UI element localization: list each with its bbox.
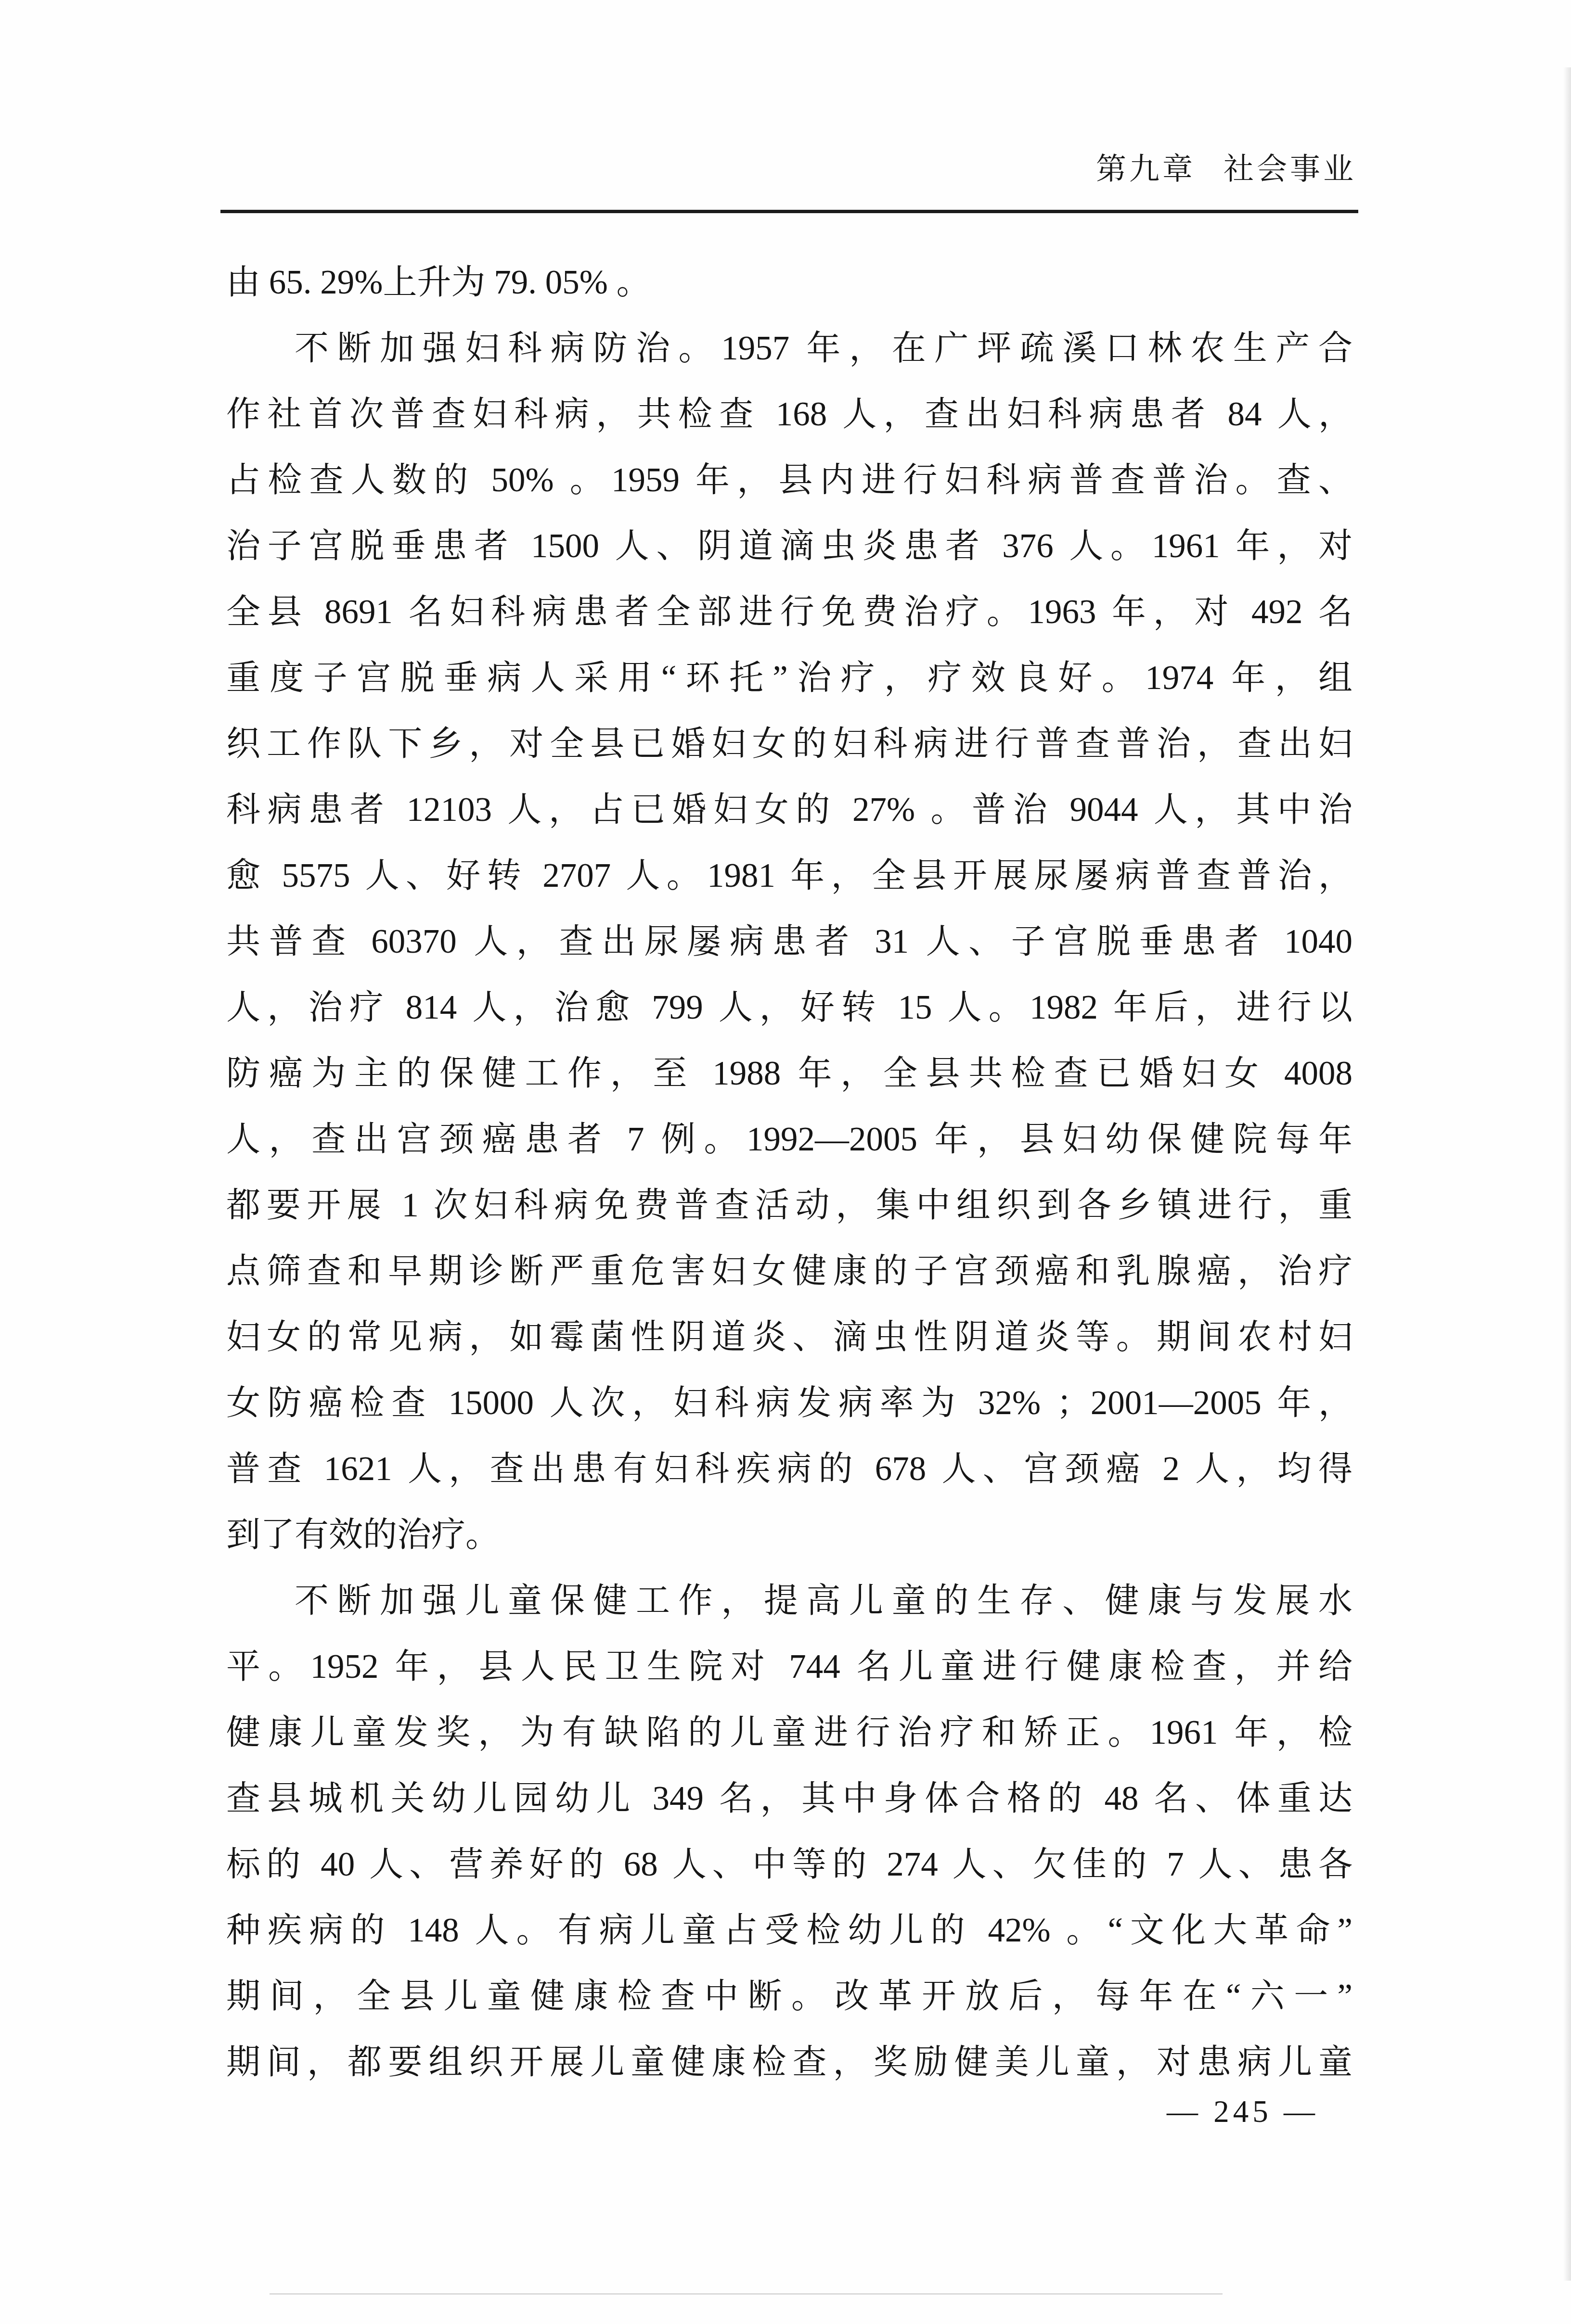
text-line: 种疾病的 148 人。有病儿童占受检幼儿的 42% 。“文化大革命” <box>226 1898 1352 1964</box>
text-line: 不断加强妇科病防治。1957 年，在广坪疏溪口林农生产合 <box>226 316 1352 382</box>
text-line: 织工作队下乡，对全县已婚妇女的妇科病进行普查普治，查出妇 <box>226 711 1352 777</box>
text-line: 平。1952 年，县人民卫生院对 744 名儿童进行健康检查，并给 <box>226 1634 1352 1700</box>
text-line: 女防癌检查 15000 人次，妇科病发病率为 32% ；2001—2005 年， <box>226 1370 1352 1436</box>
text-line: 重度子宫脱垂病人采用“环托”治疗，疗效良好。1974 年，组 <box>226 645 1352 711</box>
text-line: 作社首次普查妇科病，共检查 168 人，查出妇科病患者 84 人， <box>226 382 1352 447</box>
text-line: 妇女的常见病，如霉菌性阴道炎、滴虫性阴道炎等。期间农村妇 <box>226 1304 1352 1370</box>
body-text: 由 65. 29%上升为 79. 05% 。 不断加强妇科病防治。1957 年，… <box>226 250 1352 2095</box>
text-line: 期间，都要组织开展儿童健康检查，奖励健美儿童，对患病儿童 <box>226 2030 1352 2095</box>
scan-artifact-right-edge <box>1563 67 1571 2281</box>
text-line: 占检查人数的 50% 。1959 年，县内进行妇科病普查普治。查、 <box>226 447 1352 513</box>
text-line: 不断加强儿童保健工作，提高儿童的生存、健康与发展水 <box>226 1568 1352 1634</box>
text-line: 到了有效的治疗。 <box>226 1502 1352 1568</box>
text-line: 期间，全县儿童健康检查中断。改革开放后，每年在“六一” <box>226 1964 1352 2030</box>
text-line: 由 65. 29%上升为 79. 05% 。 <box>226 250 1352 316</box>
header-rule <box>220 210 1358 213</box>
chapter-title: 社会事业 <box>1223 152 1356 186</box>
chapter-number: 第九章 <box>1096 152 1196 186</box>
text-line: 人，查出宫颈癌患者 7 例。1992—2005 年，县妇幼保健院每年 <box>226 1107 1352 1173</box>
text-line: 全县 8691 名妇科病患者全部进行免费治疗。1963 年，对 492 名 <box>226 579 1352 645</box>
text-line: 防癌为主的保健工作，至 1988 年，全县共检查已婚妇女 4008 <box>226 1041 1352 1107</box>
text-line: 普查 1621 人，查出患有妇科疾病的 678 人、宫颈癌 2 人，均得 <box>226 1436 1352 1502</box>
text-line: 标的 40 人、营养好的 68 人、中等的 274 人、欠佳的 7 人、患各 <box>226 1832 1352 1898</box>
text-line: 科病患者 12103 人，占已婚妇女的 27% 。普治 9044 人，其中治 <box>226 777 1352 843</box>
text-line: 都要开展 1 次妇科病免费普查活动，集中组织到各乡镇进行，重 <box>226 1173 1352 1239</box>
text-line: 人，治疗 814 人，治愈 799 人，好转 15 人。1982 年后，进行以 <box>226 975 1352 1041</box>
running-header: 第九章社会事业 <box>221 150 1356 188</box>
text-line: 点筛查和早期诊断严重危害妇女健康的子宫颈癌和乳腺癌，治疗 <box>226 1239 1352 1304</box>
text-line: 查县城机关幼儿园幼儿 349 名，其中身体合格的 48 名、体重达 <box>226 1766 1352 1832</box>
text-line: 健康儿童发奖，为有缺陷的儿童进行治疗和矫正。1961 年，检 <box>226 1700 1352 1766</box>
book-page: 第九章社会事业 由 65. 29%上升为 79. 05% 。 不断加强妇科病防治… <box>0 0 1571 2324</box>
page-number: — 245 — <box>226 2094 1352 2130</box>
text-line: 治子宫脱垂患者 1500 人、阴道滴虫炎患者 376 人。1961 年，对 <box>226 513 1352 579</box>
text-line: 共普查 60370 人，查出尿屡病患者 31 人、子宫脱垂患者 1040 <box>226 909 1352 975</box>
text-line: 愈 5575 人、好转 2707 人。1981 年，全县开展尿屡病普查普治， <box>226 843 1352 909</box>
scan-artifact-bottom-line <box>270 2293 1223 2295</box>
